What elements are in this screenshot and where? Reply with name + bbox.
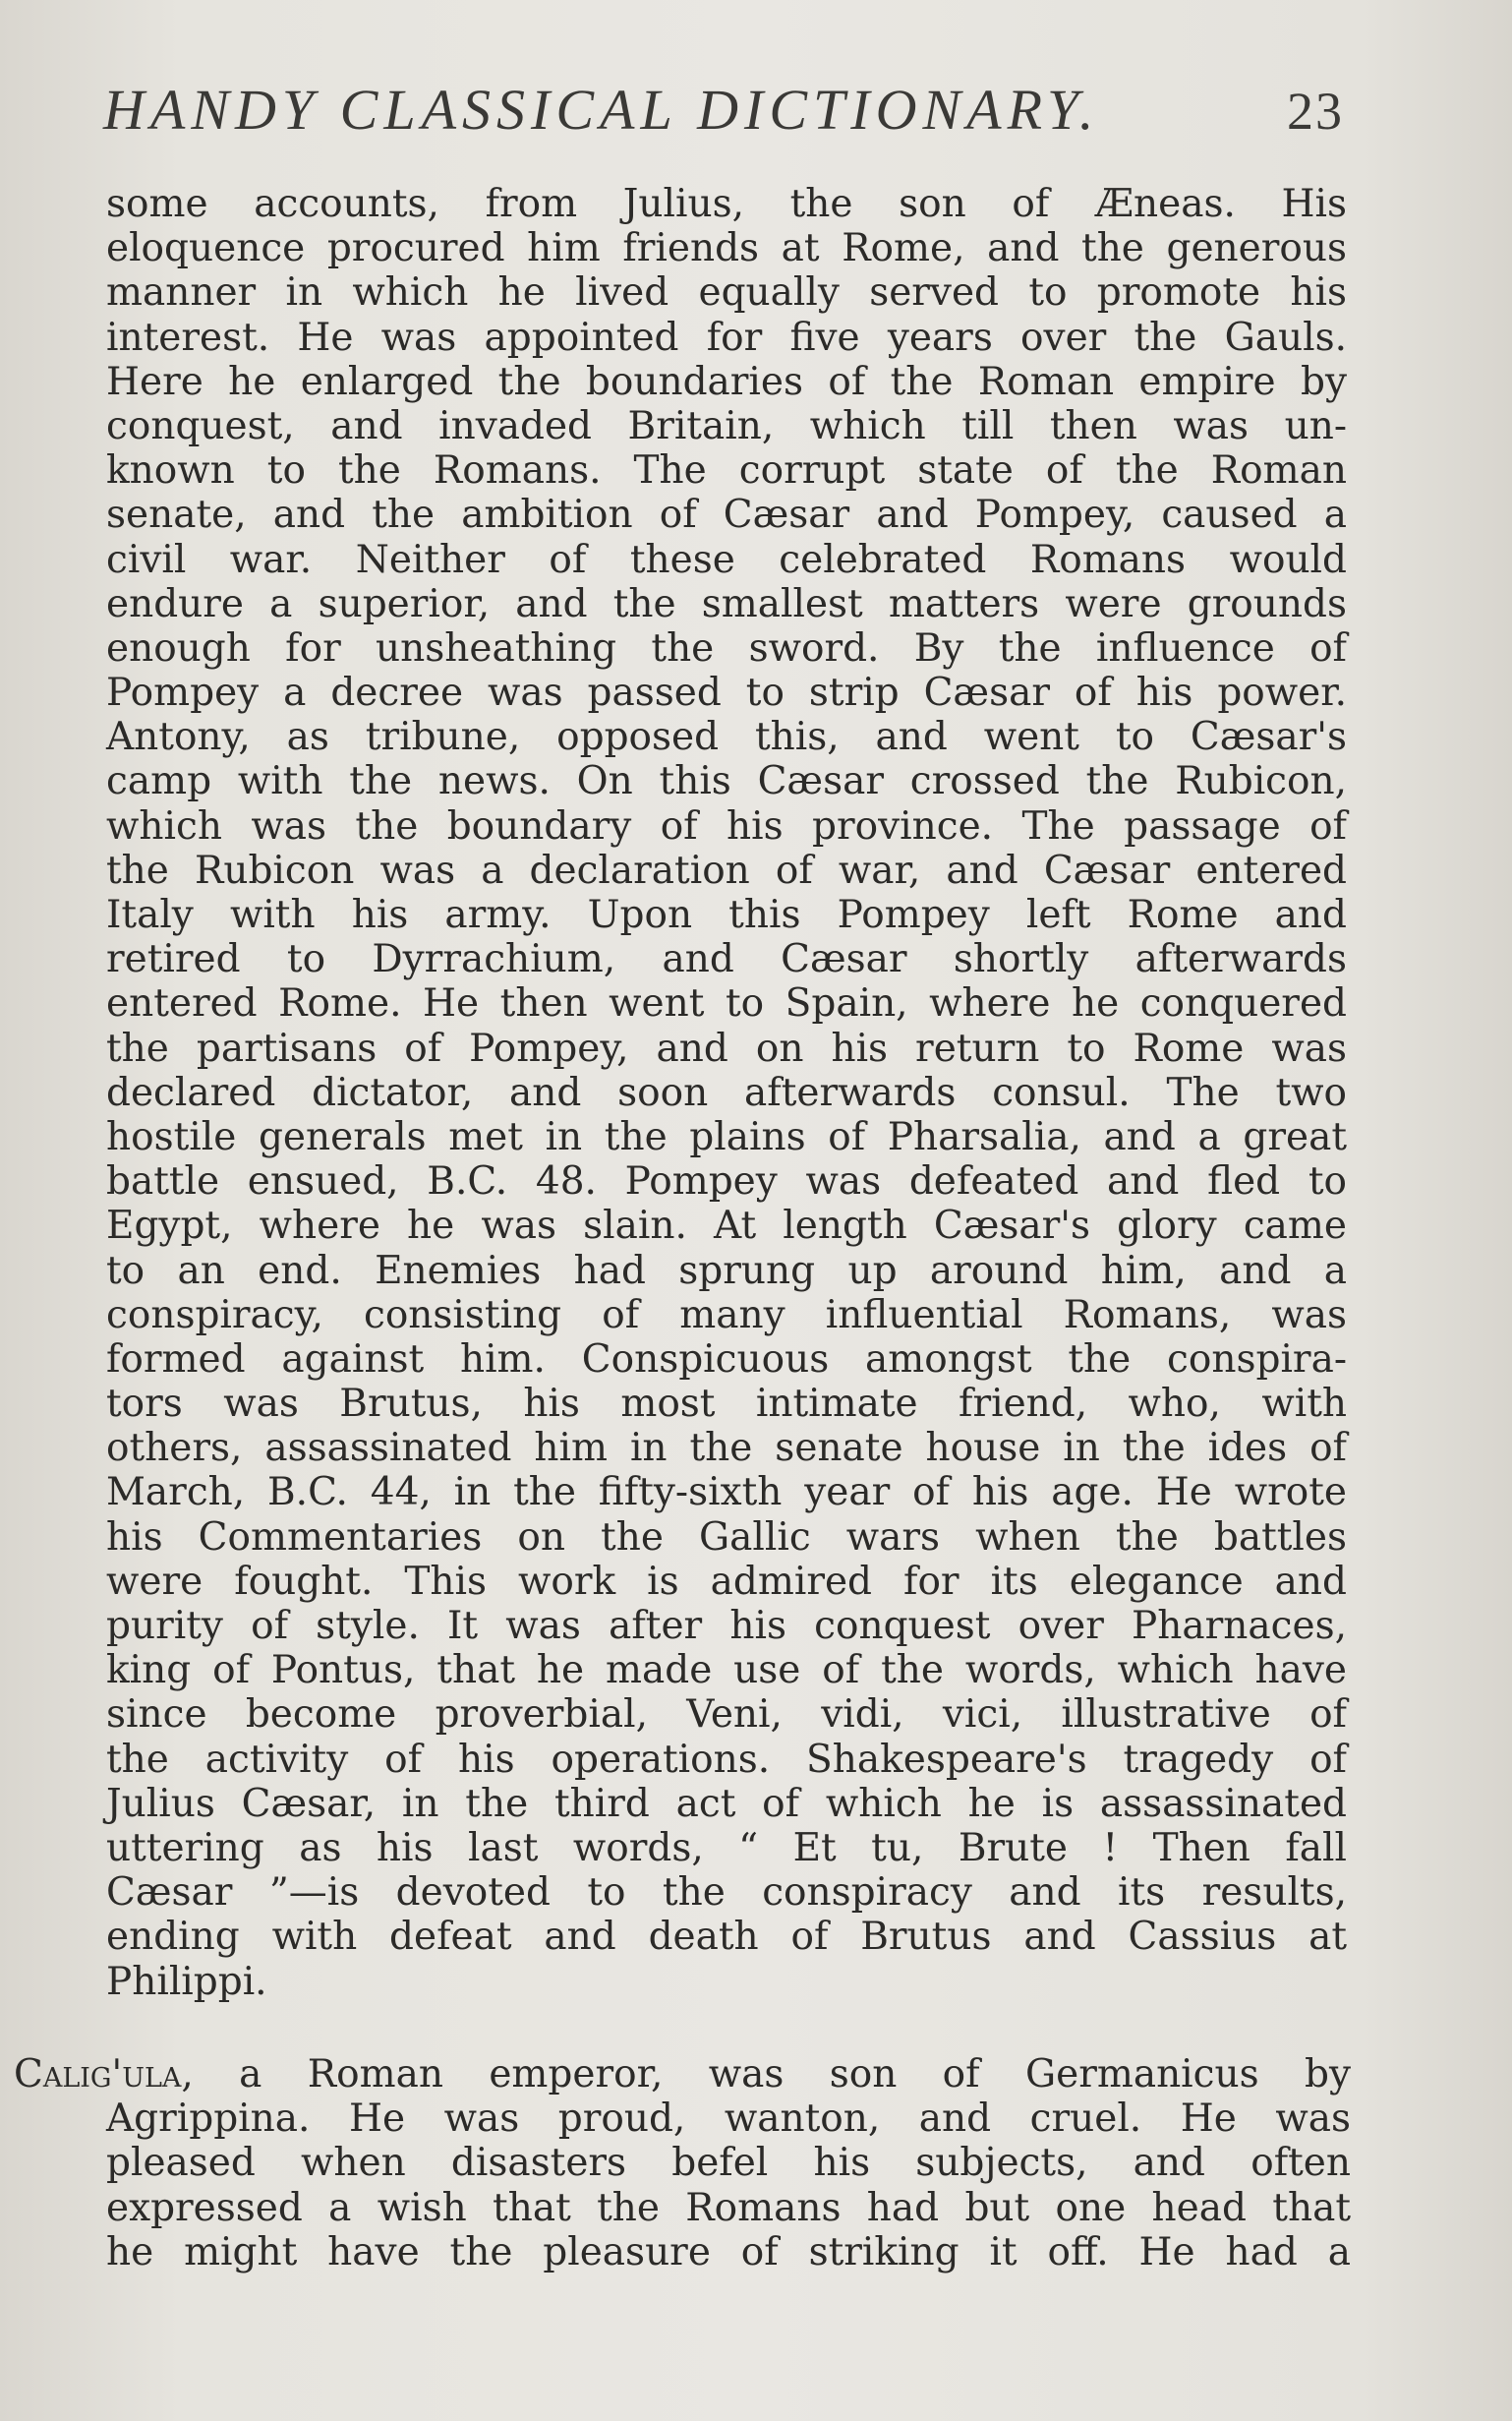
text-line: king of Pontus, that he made use of the …: [106, 1648, 1347, 1692]
text-line: conspiracy, consisting of many influenti…: [106, 1293, 1347, 1337]
running-title: HANDY CLASSICAL DICTIONARY.: [103, 77, 1099, 143]
text-line: expressed a wish that the Romans had but…: [14, 2186, 1351, 2230]
text-line-content: March, B.C. 44, in the fifty-sixth year …: [106, 1470, 1347, 1514]
text-line-content: eloquence procured him friends at Rome, …: [106, 226, 1347, 270]
text-line: some accounts, from Julius, the son of Æ…: [106, 182, 1347, 226]
text-line-content: were fought. This work is admired for it…: [106, 1560, 1347, 1604]
text-line: he might have the pleasure of striking i…: [14, 2230, 1351, 2274]
text-line: March, B.C. 44, in the fifty-sixth year …: [106, 1470, 1347, 1514]
text-line: conquest, and invaded Britain, which til…: [106, 404, 1347, 448]
text-line: since become proverbial, Veni, vidi, vic…: [106, 1692, 1347, 1737]
text-line: hostile generals met in the plains of Ph…: [106, 1115, 1347, 1159]
text-line-content: Julius Cæsar, in the third act of which …: [106, 1782, 1347, 1826]
text-line: declared dictator, and soon afterwards c…: [106, 1071, 1347, 1115]
text-line: Egypt, where he was slain. At length Cæs…: [106, 1204, 1347, 1248]
text-line: were fought. This work is admired for it…: [106, 1560, 1347, 1604]
text-line-content: the activity of his operations. Shakespe…: [106, 1738, 1347, 1782]
text-line-content: entered Rome. He then went to Spain, whe…: [106, 981, 1347, 1026]
text-line-content: Here he enlarged the boundaries of the R…: [106, 360, 1347, 404]
text-line: endure a superior, and the smallest matt…: [106, 582, 1347, 626]
text-line: ending with defeat and death of Brutus a…: [106, 1915, 1347, 1959]
text-line-content: since become proverbial, Veni, vidi, vic…: [106, 1692, 1347, 1737]
text-line: the Rubicon was a declaration of war, an…: [106, 849, 1347, 893]
text-line-content: conquest, and invaded Britain, which til…: [106, 404, 1347, 448]
text-line: purity of style. It was after his conque…: [106, 1604, 1347, 1648]
text-line-content: hostile generals met in the plains of Ph…: [106, 1115, 1347, 1159]
text-line: battle ensued, B.C. 48. Pompey was defea…: [106, 1159, 1347, 1204]
text-line-content: king of Pontus, that he made use of the …: [106, 1648, 1347, 1692]
text-line-content: Italy with his army. Upon this Pompey le…: [106, 893, 1347, 937]
text-line-content: formed against him. Conspicuous amongst …: [106, 1337, 1347, 1382]
page-number: 23: [1287, 81, 1344, 142]
text-line-content: Cæsar ”—is devoted to the conspiracy and…: [106, 1870, 1347, 1915]
text-line: Antony, as tribune, opposed this, and we…: [106, 715, 1347, 759]
text-line-content: interest. He was appointed for five year…: [106, 316, 1347, 360]
text-line-content: Egypt, where he was slain. At length Cæs…: [106, 1204, 1347, 1248]
text-line: which was the boundary of his province. …: [106, 804, 1347, 849]
text-line: pleased when disasters befel his subject…: [14, 2141, 1351, 2185]
text-line: others, assassinated him in the senate h…: [106, 1426, 1347, 1470]
text-line: enough for unsheathing the sword. By the…: [106, 626, 1347, 671]
text-line-content: senate, and the ambition of Cæsar and Po…: [106, 493, 1347, 537]
text-line: formed against him. Conspicuous amongst …: [106, 1337, 1347, 1382]
text-line: the partisans of Pompey, and on his retu…: [106, 1027, 1347, 1071]
running-header: HANDY CLASSICAL DICTIONARY. 23: [103, 77, 1344, 143]
text-line: interest. He was appointed for five year…: [106, 316, 1347, 360]
text-line-content: the partisans of Pompey, and on his retu…: [106, 1027, 1347, 1071]
text-line-content: Agrippina. He was proud, wanton, and cru…: [106, 2096, 1351, 2141]
text-line: manner in which he lived equally served …: [106, 270, 1347, 315]
text-line-content: pleased when disasters befel his subject…: [106, 2141, 1351, 2185]
text-line-content: his Commentaries on the Gallic wars when…: [106, 1515, 1347, 1560]
text-line-content: retired to Dyrrachium, and Cæsar shortly…: [106, 937, 1347, 981]
text-line: civil war. Neither of these celebrated R…: [106, 538, 1347, 582]
text-line-content: camp with the news. On this Cæsar crosse…: [106, 759, 1347, 803]
text-line-content: Antony, as tribune, opposed this, and we…: [106, 715, 1347, 759]
text-line-content: endure a superior, and the smallest matt…: [106, 582, 1347, 626]
text-line: Pompey a decree was passed to strip Cæsa…: [106, 671, 1347, 715]
text-line: uttering as his last words, “ Et tu, Bru…: [106, 1826, 1347, 1870]
text-line-content: to an end. Enemies had sprung up around …: [106, 1249, 1347, 1293]
text-line: senate, and the ambition of Cæsar and Po…: [106, 493, 1347, 537]
text-line-content: purity of style. It was after his conque…: [106, 1604, 1347, 1648]
entry-caligula: Calig'ula, a Roman emperor, was son of G…: [14, 2052, 1351, 2274]
text-line-content: civil war. Neither of these celebrated R…: [106, 538, 1347, 582]
text-line: retired to Dyrrachium, and Cæsar shortly…: [106, 937, 1347, 981]
text-line: Italy with his army. Upon this Pompey le…: [106, 893, 1347, 937]
text-line: entered Rome. He then went to Spain, whe…: [106, 981, 1347, 1026]
text-line: Here he enlarged the boundaries of the R…: [106, 360, 1347, 404]
text-line-content: which was the boundary of his province. …: [106, 804, 1347, 849]
text-line-content: tors was Brutus, his most intimate frien…: [106, 1382, 1347, 1426]
text-line-content: ending with defeat and death of Brutus a…: [106, 1915, 1347, 1959]
entry-text: , a Roman emperor, was son of Germanicus…: [181, 2052, 1351, 2096]
text-line: to an end. Enemies had sprung up around …: [106, 1249, 1347, 1293]
text-line-content: battle ensued, B.C. 48. Pompey was defea…: [106, 1159, 1347, 1204]
text-line-content: the Rubicon was a declaration of war, an…: [106, 849, 1347, 893]
text-line-content: some accounts, from Julius, the son of Æ…: [106, 182, 1347, 226]
text-line-content: Calig'ula, a Roman emperor, was son of G…: [14, 2052, 1351, 2096]
text-line-content: uttering as his last words, “ Et tu, Bru…: [106, 1826, 1347, 1870]
text-line: camp with the news. On this Cæsar crosse…: [106, 759, 1347, 803]
text-line-content: conspiracy, consisting of many influenti…: [106, 1293, 1347, 1337]
text-line-content: expressed a wish that the Romans had but…: [106, 2186, 1351, 2230]
text-line-content: he might have the pleasure of striking i…: [106, 2230, 1351, 2274]
text-line: the activity of his operations. Shakespe…: [106, 1738, 1347, 1782]
text-line: Calig'ula, a Roman emperor, was son of G…: [14, 2052, 1351, 2096]
text-line-content: known to the Romans. The corrupt state o…: [106, 448, 1347, 493]
text-line: Julius Cæsar, in the third act of which …: [106, 1782, 1347, 1826]
text-line: known to the Romans. The corrupt state o…: [106, 448, 1347, 493]
text-line-content: declared dictator, and soon afterwards c…: [106, 1071, 1347, 1115]
text-line: his Commentaries on the Gallic wars when…: [106, 1515, 1347, 1560]
text-line: Agrippina. He was proud, wanton, and cru…: [14, 2096, 1351, 2141]
text-line: eloquence procured him friends at Rome, …: [106, 226, 1347, 270]
text-line: Philippi.: [106, 1960, 1347, 2004]
text-line: Cæsar ”—is devoted to the conspiracy and…: [106, 1870, 1347, 1915]
text-line-content: Pompey a decree was passed to strip Cæsa…: [106, 671, 1347, 715]
text-line-content: Philippi.: [106, 1960, 1347, 2004]
text-line-content: others, assassinated him in the senate h…: [106, 1426, 1347, 1470]
text-line-content: enough for unsheathing the sword. By the…: [106, 626, 1347, 671]
entry-caesar-continued: some accounts, from Julius, the son of Æ…: [106, 182, 1347, 2004]
text-line: tors was Brutus, his most intimate frien…: [106, 1382, 1347, 1426]
text-line-content: manner in which he lived equally served …: [106, 270, 1347, 315]
headword: Calig'ula: [14, 2052, 181, 2096]
